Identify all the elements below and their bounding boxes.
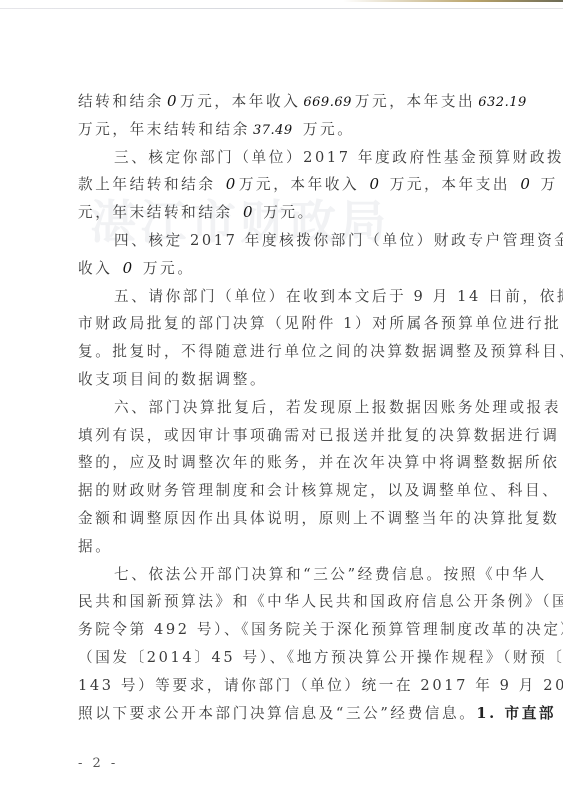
- text-fragment: 万元，本年支出: [383, 176, 518, 193]
- text-fragment: 万: [533, 176, 557, 193]
- text-line-20: 务院令第 492 号）、《国务院关于深化预算管理制度改革的决定》: [78, 616, 498, 644]
- scan-corner-shadow: [343, 0, 563, 2]
- section-3-heading: 三、核定你部门（单位）2017 年度政府性基金预算财政拨: [78, 144, 498, 172]
- text-line-14: 整的，应及时调整次年的账务，并在次年决算中将调整数据所依: [78, 449, 498, 477]
- handwritten-fund-expense: 0: [517, 171, 533, 199]
- scan-edge-line: [0, 8, 563, 9]
- text-line-4: 款上年结转和结余 0万元，本年收入 0 万元，本年支出 0 万: [78, 171, 498, 199]
- text-fragment: 照以下要求公开本部门决算信息及“三公”经费信息。: [78, 705, 476, 722]
- text-line-7: 收入 0 万元。: [78, 255, 498, 283]
- text-line-13: 填列有误，或因审计事项确需对已报送并批复的决算数据进行调: [78, 422, 498, 450]
- text-fragment: 元，年末结转和结余: [78, 204, 240, 221]
- text-line-23: 照以下要求公开本部门决算信息及“三公”经费信息。1. 市直部: [78, 700, 498, 728]
- handwritten-fund-income: 0: [366, 171, 382, 199]
- handwritten-special-account-income: 0: [120, 255, 136, 283]
- subsection-1-start: 1. 市直部: [476, 705, 556, 722]
- text-line-22: 143 号）等要求，请你部门（单位）统一在 2017 年 9 月 20 日按: [78, 672, 498, 700]
- text-line-17: 据。: [78, 533, 498, 561]
- text-line-11: 收支项目间的数据调整。: [78, 366, 498, 394]
- text-fragment: 结转和结余: [78, 93, 164, 110]
- text-fragment: 收入: [78, 260, 120, 277]
- handwritten-fund-prev-balance: 0: [223, 171, 239, 199]
- text-line-10: 复。批复时，不得随意进行单位之间的决算数据调整及预算科目、: [78, 338, 498, 366]
- handwritten-expense: 632.19: [475, 89, 530, 117]
- handwritten-fund-year-end-balance: 0: [240, 199, 256, 227]
- page-number: - 2 -: [78, 756, 118, 771]
- section-4-heading: 四、核定 2017 年度核拨你部门（单位）财政专户管理资金: [78, 227, 498, 255]
- text-fragment: 万元。: [296, 121, 355, 138]
- text-fragment: 款上年结转和结余: [78, 176, 223, 193]
- handwritten-prev-balance: 0: [164, 88, 180, 116]
- text-line-2: 万元，年末结转和结余37.49 万元。: [78, 116, 498, 144]
- text-line-1: 结转和结余0万元，本年收入669.69万元，本年支出632.19: [78, 88, 498, 116]
- text-line-5: 元，年末结转和结余 0 万元。: [78, 199, 498, 227]
- text-fragment: 万元，年末结转和结余: [78, 121, 250, 138]
- text-line-19: 民共和国新预算法》和《中华人民共和国政府信息公开条例》（国: [78, 588, 498, 616]
- text-fragment: 万元，本年支出: [355, 93, 475, 110]
- document-body: 结转和结余0万元，本年收入669.69万元，本年支出632.19 万元，年末结转…: [78, 88, 498, 727]
- section-6-heading: 六、部门决算批复后，若发现原上报数据因账务处理或报表: [78, 394, 498, 422]
- text-fragment: 万元。: [136, 260, 195, 277]
- section-7-heading: 七、依法公开部门决算和“三公”经费信息。按照《中华人: [78, 561, 498, 589]
- text-line-15: 据的财政财务管理制度和会计核算规定，以及调整单位、科目、: [78, 477, 498, 505]
- text-line-16: 金额和调整原因作出具体说明，原则上不调整当年的决算批复数: [78, 505, 498, 533]
- section-5-heading: 五、请你部门（单位）在收到本文后于 9 月 14 日前，依据: [78, 283, 498, 311]
- handwritten-year-end-balance: 37.49: [250, 117, 296, 145]
- text-line-21: （国发〔2014〕45 号）、《地方预决算公开操作规程》（财预〔2016〕: [78, 644, 498, 672]
- text-fragment: 万元。: [256, 204, 315, 221]
- handwritten-income: 669.69: [300, 89, 355, 117]
- text-fragment: 万元，本年收入: [239, 176, 367, 193]
- text-line-9: 市财政局批复的部门决算（见附件 1）对所属各预算单位进行批: [78, 310, 498, 338]
- text-fragment: 万元，本年收入: [180, 93, 300, 110]
